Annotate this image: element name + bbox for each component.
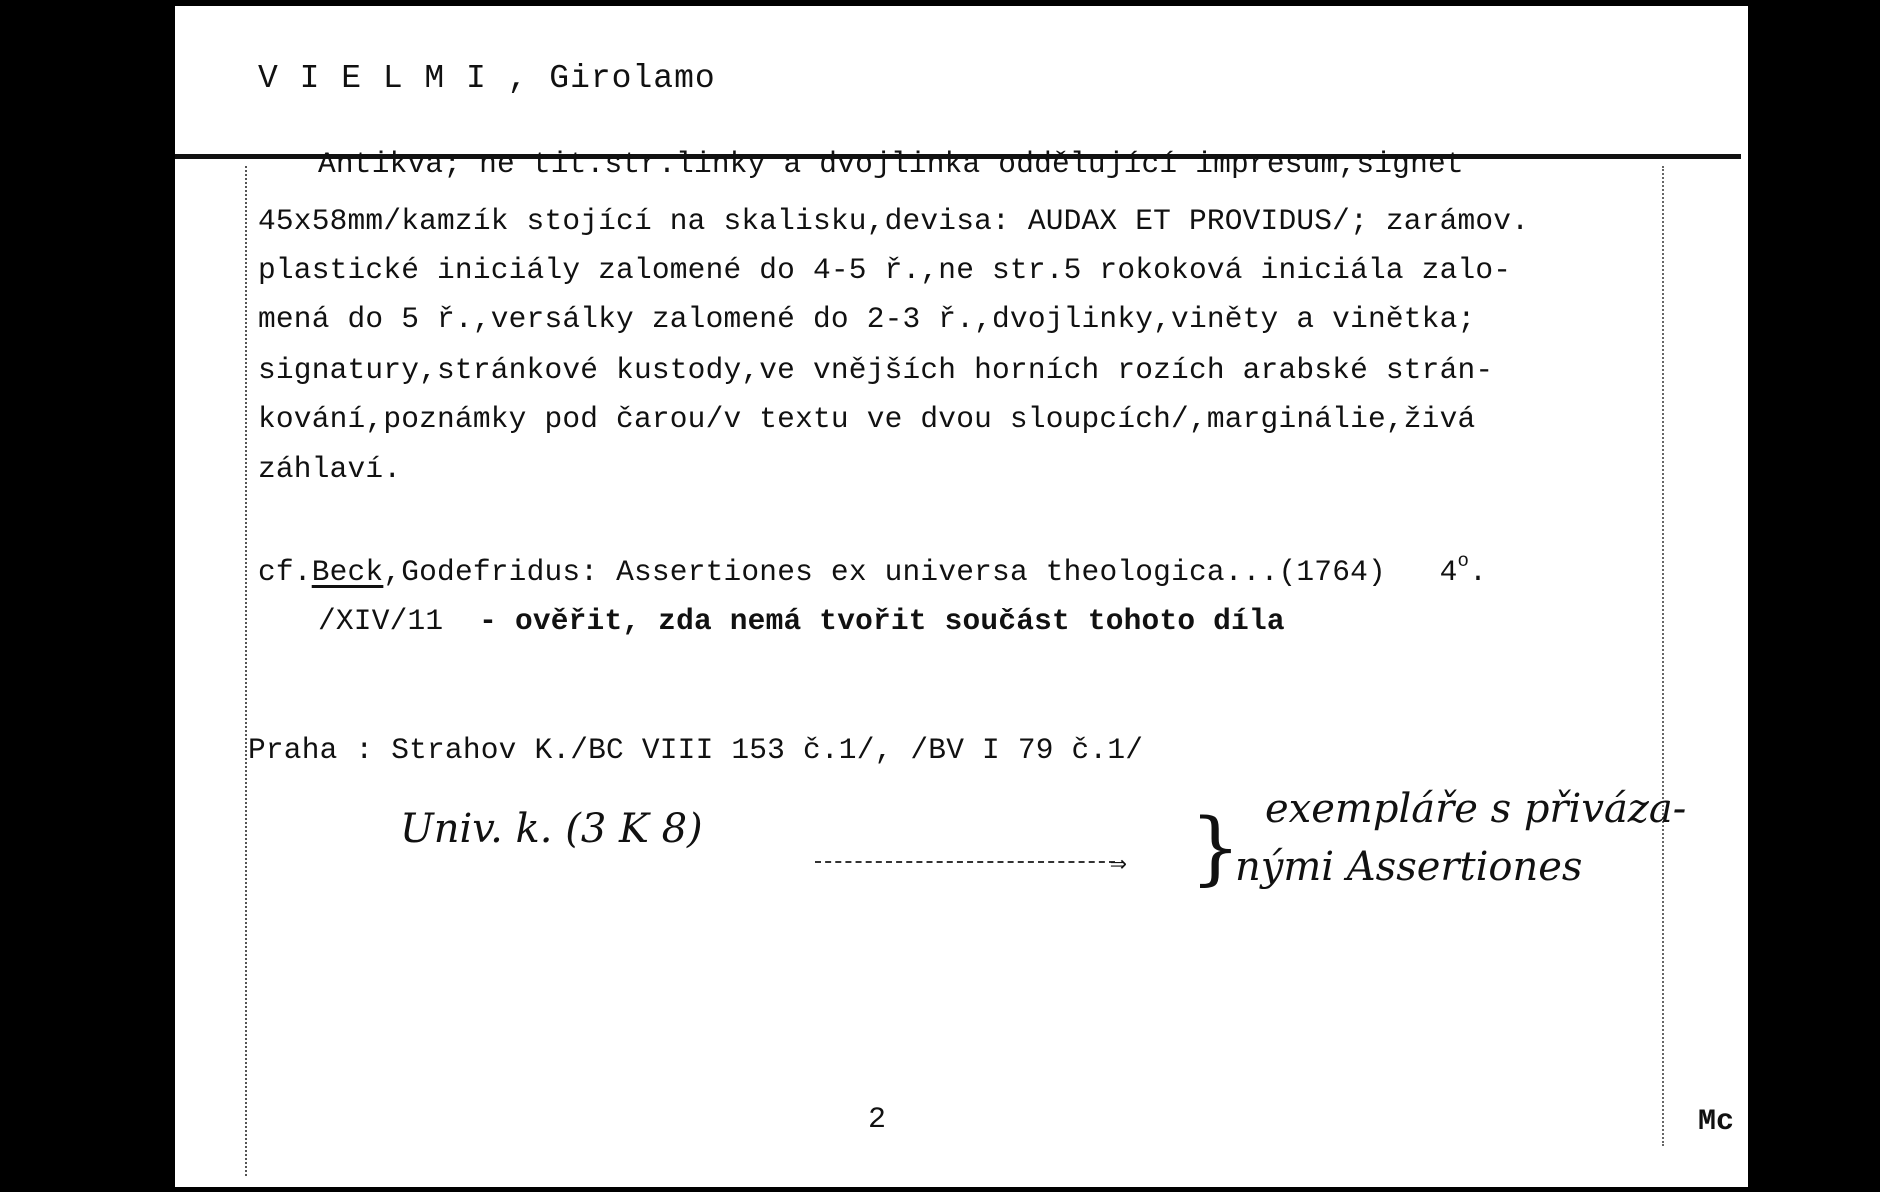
catalog-card: V I E L M I , Girolamo Antikva; ne tit.s… xyxy=(175,6,1748,1187)
reference-format: 4 xyxy=(1440,555,1458,589)
reference-title: ,Godefridus: Assertiones ex universa the… xyxy=(383,555,1386,589)
handwritten-location: Univ. k. (3 K 8) xyxy=(400,806,703,852)
heading-separator: , xyxy=(487,60,549,97)
reference-note-line: /XIV/11 - ověřit, zda nemá tvořit součás… xyxy=(318,604,1285,638)
description-line: signatury,stránkové kustody,ve vnějších … xyxy=(258,353,1493,387)
handwritten-arrow-line xyxy=(815,861,1115,863)
reference-author-link[interactable]: Beck xyxy=(312,555,384,589)
reference-note: - ověřit, zda nemá tvořit součást tohoto… xyxy=(479,604,1285,638)
handwritten-note-line1: exempláře s přiváza- xyxy=(1265,786,1686,832)
heading-surname: V I E L M I xyxy=(258,60,487,97)
heading-forename: Girolamo xyxy=(549,60,715,97)
right-margin-guide xyxy=(1662,166,1664,1146)
arrow-head-icon: ⇒ xyxy=(1110,846,1127,881)
description-line: Antikva; ne tit.str.linky a dvojlinka od… xyxy=(318,147,1464,181)
holdings-line: Praha : Strahov K./BC VIII 153 č.1/, /BV… xyxy=(248,733,1143,767)
card-heading: V I E L M I , Girolamo xyxy=(258,60,716,97)
handwritten-brace-icon: } xyxy=(1190,801,1241,894)
left-margin-guide xyxy=(245,166,247,1176)
description-line: kování,poznámky pod čarou/v textu ve dvo… xyxy=(258,402,1475,436)
reference-format-sup: o xyxy=(1458,550,1470,572)
description-line: záhlaví. xyxy=(258,452,401,486)
description-line: plastické iniciály zalomené do 4-5 ř.,ne… xyxy=(258,253,1511,287)
reference-line: cf.Beck,Godefridus: Assertiones ex unive… xyxy=(258,550,1487,589)
page-number: 2 xyxy=(868,1103,886,1137)
description-line: mená do 5 ř.,versálky zalomené do 2-3 ř.… xyxy=(258,302,1475,336)
handwritten-note-line2: nými Assertiones xyxy=(1235,844,1582,890)
reference-shelf: /XIV/11 xyxy=(318,604,443,638)
reference-prefix: cf. xyxy=(258,555,312,589)
description-line: 45x58mm/kamzík stojící na skalisku,devis… xyxy=(258,204,1529,238)
cataloger-initials: Mc xyxy=(1698,1105,1734,1139)
